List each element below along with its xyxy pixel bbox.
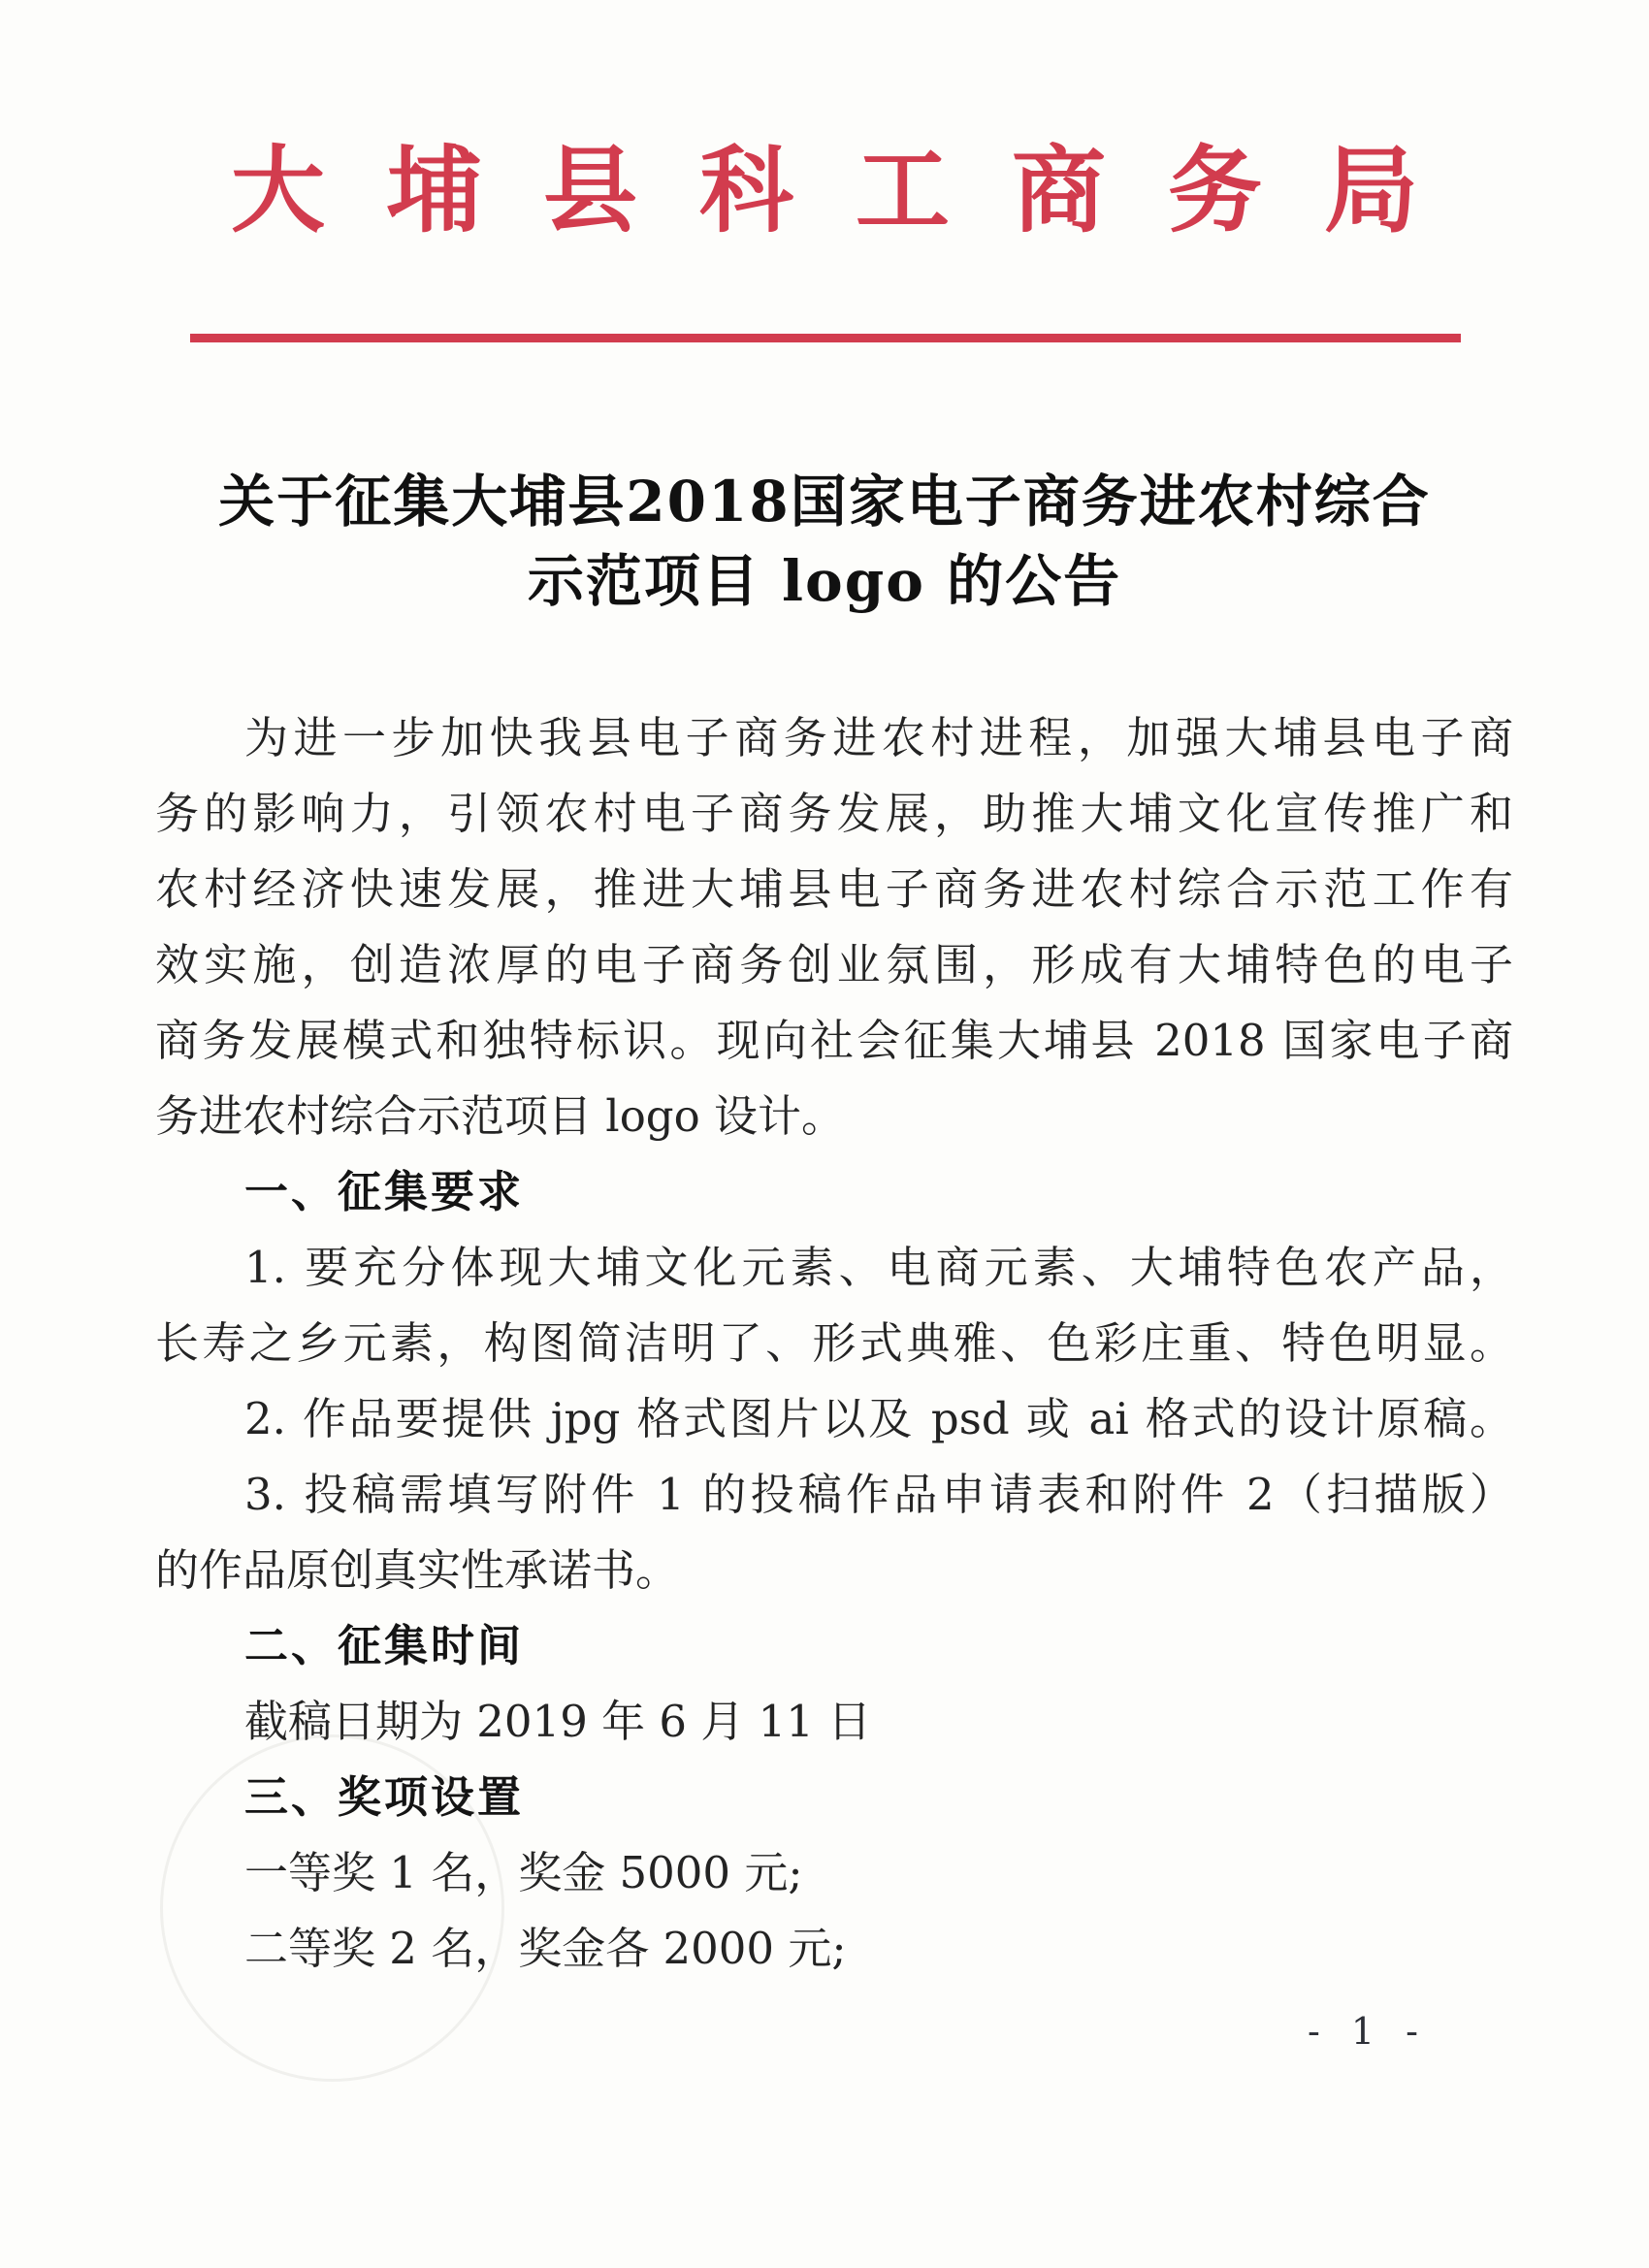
requirement-item-line: 长寿之乡元素，构图简洁明了、形式典雅、色彩庄重、特色明显。 — [155, 1306, 1513, 1381]
intro-line: 商务发展模式和独特标识。现向社会征集大埔县 2018 国家电子商 — [155, 1003, 1513, 1079]
document-title-line2: 示范项目 logo 的公告 — [0, 541, 1649, 621]
intro-line: 务的影响力，引领农村电子商务发展，助推大埔文化宣传推广和 — [155, 776, 1513, 852]
intro-line: 农村经济快速发展，推进大埔县电子商务进农村综合示范工作有 — [155, 852, 1513, 927]
document-title: 关于征集大埔县2018国家电子商务进农村综合 示范项目 logo 的公告 — [0, 462, 1649, 621]
document-page: 大埔县科工商务局 关于征集大埔县2018国家电子商务进农村综合 示范项目 log… — [0, 0, 1649, 2268]
seal-watermark — [160, 1734, 504, 2082]
section-heading-deadline: 二、征集时间 — [155, 1608, 1513, 1684]
intro-line: 务进农村综合示范项目 logo 设计。 — [155, 1079, 1513, 1154]
section-heading-requirements: 一、征集要求 — [155, 1154, 1513, 1230]
page-number: - 1 - — [1308, 2010, 1428, 2053]
intro-line: 为进一步加快我县电子商务进农村进程，加强大埔县电子商 — [155, 700, 1513, 776]
requirement-item-line: 的作品原创真实性承诺书。 — [155, 1533, 1513, 1608]
document-title-line1: 关于征集大埔县2018国家电子商务进农村综合 — [0, 462, 1649, 541]
agency-name: 大埔县科工商务局 — [0, 114, 1649, 250]
header-divider — [190, 334, 1461, 342]
requirement-item-line: 3. 投稿需填写附件 1 的投稿作品申请表和附件 2（扫描版） — [155, 1457, 1513, 1533]
requirement-item-line: 1. 要充分体现大埔文化元素、电商元素、大埔特色农产品， — [155, 1230, 1513, 1306]
requirement-item-line: 2. 作品要提供 jpg 格式图片以及 psd 或 ai 格式的设计原稿。 — [155, 1381, 1513, 1457]
intro-line: 效实施，创造浓厚的电子商务创业氛围，形成有大埔特色的电子 — [155, 927, 1513, 1003]
